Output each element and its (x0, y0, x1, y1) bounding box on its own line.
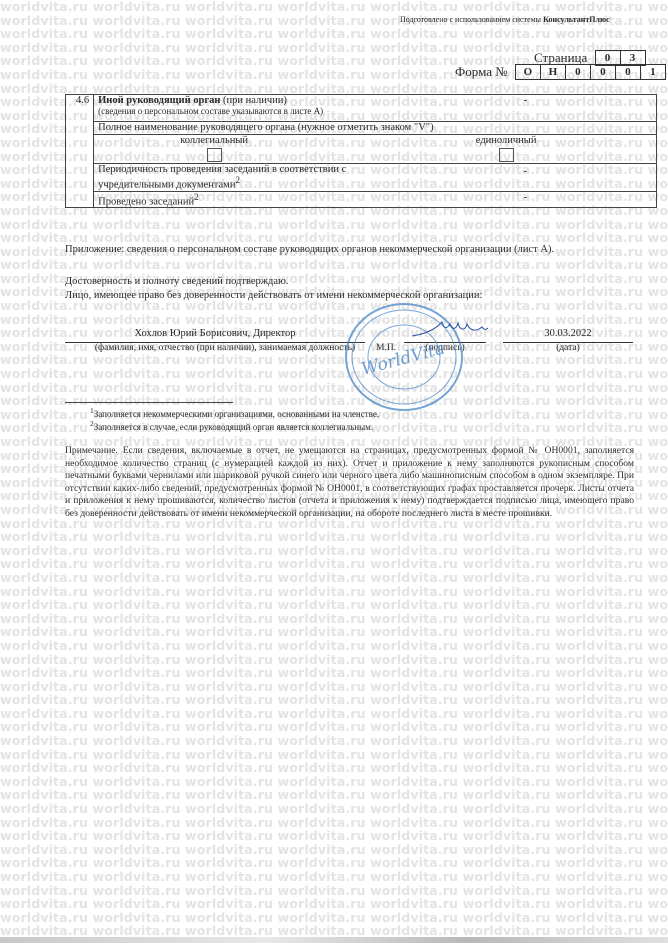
authorized-person-text: Лицо, имеющее право без доверенности дей… (65, 290, 482, 301)
periodicity-row: Периодичность проведения заседаний в соо… (94, 164, 657, 192)
form-digit: 0 (615, 64, 641, 80)
stamp-center-text: WorldVita (359, 338, 447, 379)
periodicity-value: - (524, 166, 528, 177)
title-row: Иной руководящий орган (при наличии) - (… (94, 95, 657, 122)
document-page: Подготовлено с использованием системы Ко… (0, 0, 668, 943)
form-digit: О (515, 64, 541, 80)
form-label: Форма № (455, 64, 508, 80)
date-caption: (дата) (503, 343, 633, 353)
option-collegial: коллегиальный (94, 135, 334, 162)
system-name: КонсультантПлюс (543, 15, 610, 24)
form-digit: Н (540, 64, 566, 80)
section-4-6-table: 4.6 Иной руководящий орган (при наличии)… (65, 94, 657, 208)
appendix-text: Приложение: сведения о персональном сост… (65, 244, 554, 255)
form-note: Примечание. Если сведения, включаемые в … (65, 445, 634, 521)
scan-edge (0, 937, 668, 943)
form-digit: 0 (590, 64, 616, 80)
section-number: 4.6 (66, 95, 94, 208)
section-title-note: (сведения о персональном составе указыва… (98, 106, 652, 116)
held-value: - (524, 192, 528, 203)
footnote-2: 2Заполняется в случае, если руководящий … (90, 419, 373, 432)
name-position-caption: (фамилия, имя, отчество (при наличии), з… (85, 343, 365, 353)
option-sole: единоличный (356, 135, 656, 162)
body-type-options: коллегиальный единоличный (94, 135, 657, 164)
collegial-checkbox[interactable] (207, 148, 222, 162)
footnote-ref: 2 (235, 175, 240, 185)
prepared-with-note: Подготовлено с использованием системы Ко… (400, 15, 610, 24)
confirm-text: Достоверность и полноту сведений подтвер… (65, 276, 289, 287)
section-title: Иной руководящий орган (98, 95, 220, 106)
held-row: Проведено заседаний2 - (94, 191, 657, 208)
form-digit: 1 (640, 64, 666, 80)
form-digit-cells: О Н 0 0 0 1 (515, 64, 666, 80)
footnote-1: 1Заполняется некоммерческими организация… (90, 406, 379, 419)
form-number-block: Форма № О Н 0 0 0 1 (455, 63, 666, 80)
footnote-ref: 2 (194, 192, 199, 202)
handwritten-signature (410, 318, 490, 338)
date-field: 30.03.2022 (503, 328, 633, 343)
sole-checkbox[interactable] (499, 148, 514, 162)
full-name-label: Полное наименование руководящего органа … (94, 122, 657, 135)
form-digit: 0 (565, 64, 591, 80)
footnote-separator (65, 402, 233, 403)
name-position-field: Хохлов Юрий Борисович, Директор (65, 328, 365, 343)
title-value: - (524, 95, 528, 106)
